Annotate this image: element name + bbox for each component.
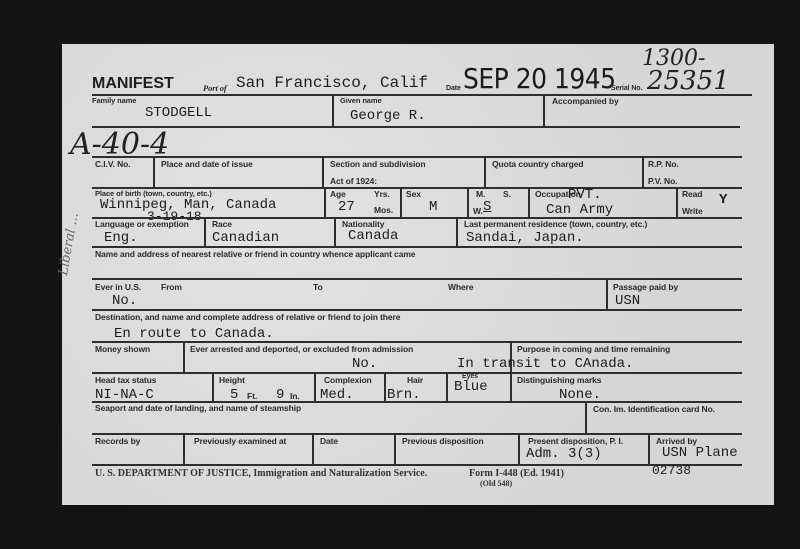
destination-label: Destination, and name and complete addre… (95, 312, 400, 322)
serial-label: Serial No. (611, 85, 642, 92)
sex-label: Sex (406, 189, 421, 199)
given-name-value: George R. (350, 108, 426, 124)
passage-value: USN (615, 293, 640, 309)
age-label: Age (330, 189, 346, 199)
card-title: MANIFEST (92, 75, 174, 93)
date-stamp: SEP 20 1945 (463, 63, 616, 95)
race-label: Race (212, 219, 232, 229)
marks-label: Distinguishing marks (517, 375, 601, 385)
records-by-label: Records by (95, 436, 140, 446)
height-label: Height (219, 375, 245, 385)
serial-handwritten-bottom: 25351 (647, 66, 730, 96)
footer-agency: U. S. DEPARTMENT OF JUSTICE, Immigration… (95, 468, 427, 479)
place-issue-label: Place and date of issue (161, 159, 253, 169)
purpose-value: In transit to CAnada. (457, 356, 633, 372)
handwritten-margin-note: Liberal ... (56, 211, 82, 276)
pv-no-label: P.V. No. (648, 176, 677, 186)
age-yrs-label: Yrs. (374, 189, 390, 199)
occupation-value-2: Can Army (546, 202, 613, 218)
read-value: Y (719, 192, 727, 208)
prev-disposition-label: Previous disposition (402, 436, 484, 446)
family-name-label: Family name (92, 96, 136, 105)
accompanied-label: Accompanied by (552, 96, 619, 106)
marital-w-label: W. (473, 206, 483, 216)
arrested-label: Ever arrested and deported, or excluded … (190, 344, 413, 354)
port-label: Port of (203, 83, 227, 93)
from-label: From (161, 282, 182, 292)
sex-value: M (429, 199, 437, 215)
nearest-relative-label: Name and address of nearest relative or … (95, 249, 415, 259)
arrived-by-value: USN Plane (662, 445, 738, 461)
ever-in-us-label: Ever in U.S. (95, 282, 141, 292)
height-ft-label: Ft. (247, 391, 257, 401)
con-im-label: Con. Im. Identification card No. (593, 404, 715, 414)
purpose-label: Purpose in coming and time remaining (517, 344, 670, 354)
destination-value: En route to Canada. (114, 326, 274, 342)
head-tax-label: Head tax status (95, 375, 156, 385)
passage-label: Passage paid by (613, 282, 678, 292)
marital-value: S (483, 199, 491, 215)
race-value: Canadian (212, 230, 279, 246)
marital-s-label: S. (503, 189, 511, 199)
date-field-label: Date (320, 436, 338, 446)
language-label: Language or exemption (95, 219, 189, 229)
civ-label: C.I.V. No. (95, 159, 131, 169)
manifest-card: 1300- 25351 MANIFEST Port of San Francis… (62, 44, 774, 505)
seaport-label: Seaport and date of landing, and name of… (95, 403, 301, 413)
language-value: Eng. (104, 230, 138, 246)
last-residence-label: Last permanent residence (town, country,… (464, 219, 647, 229)
to-label: To (313, 282, 323, 292)
section-label: Section and subdivision (330, 159, 425, 169)
present-disposition-label: Present disposition, P. I. (528, 436, 623, 446)
read-label: Read (682, 189, 702, 199)
arrested-value: No. (352, 356, 377, 372)
marital-m-label: M. (476, 189, 485, 199)
footer-form: Form I-448 (Ed. 1941) (469, 468, 564, 479)
date-label: Date (446, 85, 461, 92)
arrived-by-number: 02738 (652, 463, 691, 478)
port-value: San Francisco, Calif (236, 74, 428, 92)
present-disposition-value: Adm. 3(3) (526, 446, 602, 462)
quota-label: Quota country charged (492, 159, 583, 169)
footer-old-form: (Old 548) (480, 479, 512, 488)
act-1924-label: Act of 1924: (330, 176, 377, 186)
complexion-label: Complexion (324, 375, 372, 385)
occupation-value: PVT. (568, 187, 602, 203)
ever-in-us-value: No. (112, 293, 137, 309)
height-in-label: In. (290, 391, 300, 401)
family-name-value: STODGELL (145, 105, 212, 121)
age-value: 27 (338, 199, 355, 215)
prev-examined-label: Previously examined at (194, 436, 286, 446)
eyes-value: Blue (454, 379, 488, 395)
nationality-value: Canada (348, 228, 398, 244)
hair-label: Hair (407, 375, 423, 385)
where-label: Where (448, 282, 473, 292)
money-label: Money shown (95, 344, 150, 354)
write-label: Write (682, 206, 703, 216)
age-mos-label: Mos. (374, 205, 393, 215)
given-name-label: Given name (340, 96, 382, 105)
last-residence-value: Sandai, Japan. (466, 230, 584, 246)
rp-no-label: R.P. No. (648, 159, 679, 169)
